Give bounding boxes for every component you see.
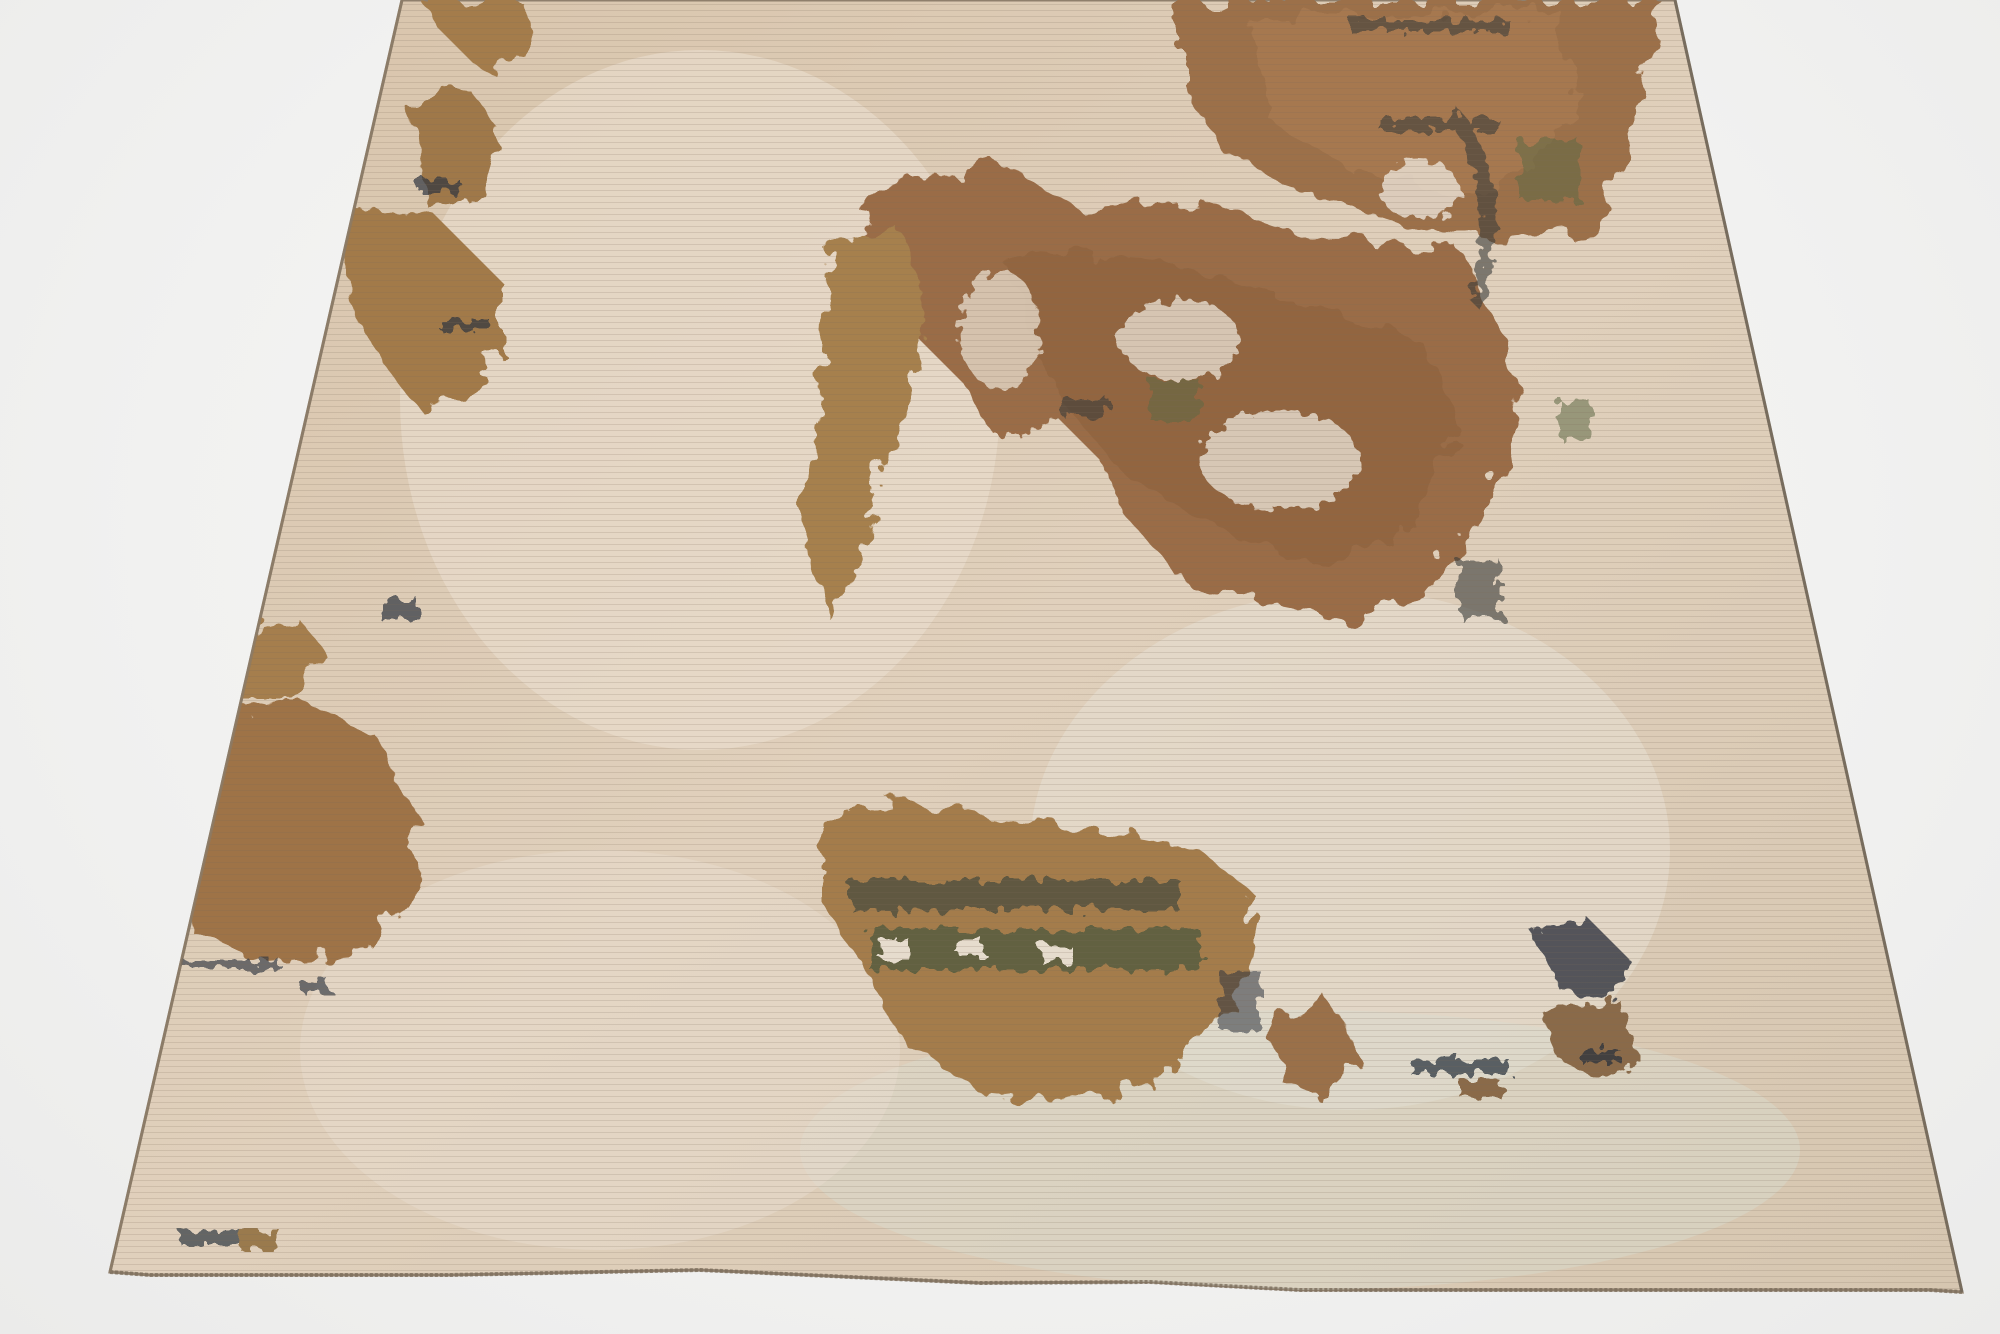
photo-scene	[0, 0, 2000, 1334]
rug-illustration	[0, 0, 2000, 1334]
